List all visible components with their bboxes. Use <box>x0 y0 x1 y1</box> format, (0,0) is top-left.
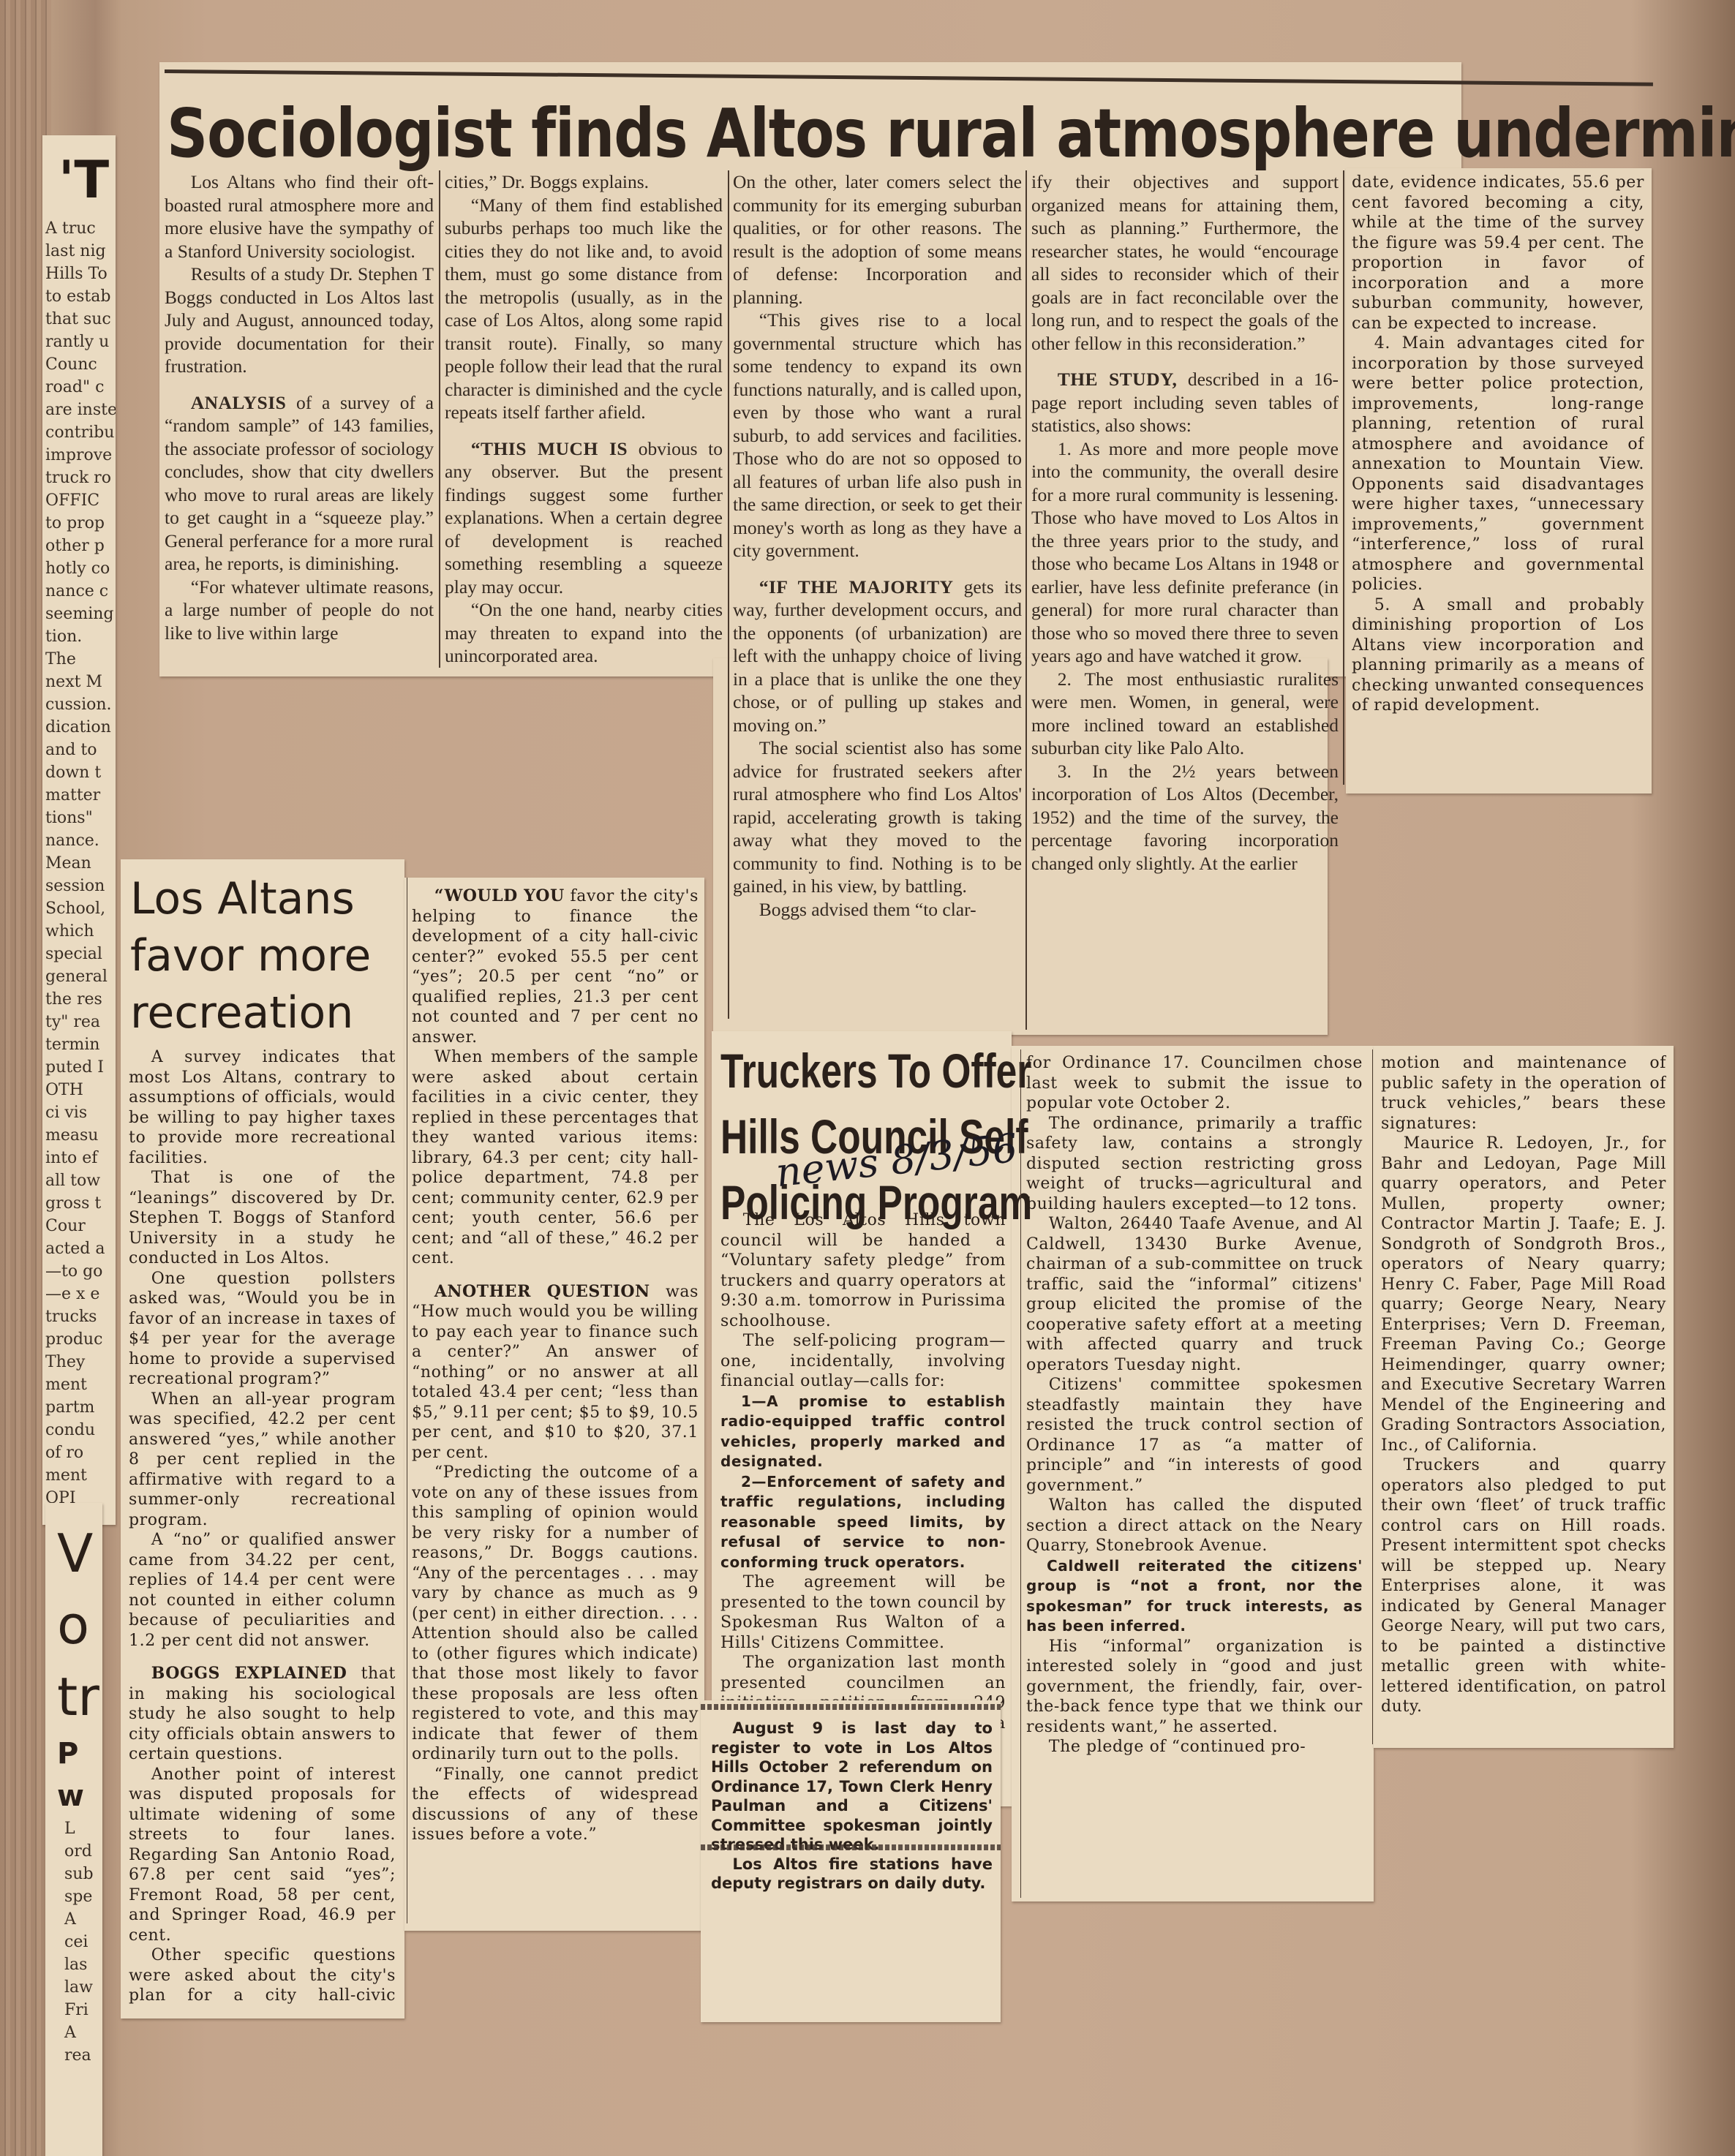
fragment-line: measu <box>45 1124 116 1147</box>
article-paragraph: Los Altans who find their oft-boasted ru… <box>165 170 434 263</box>
article-paragraph: cities,” Dr. Boggs explains. <box>445 170 723 194</box>
wavy-rule-bottom <box>701 1844 1001 1850</box>
fragment-line: OTH <box>45 1079 116 1101</box>
article-paragraph: Truckers and quarry operators also pledg… <box>1381 1455 1666 1717</box>
fragment-line: cussion. <box>45 693 116 716</box>
left-fragment-headline: 'T <box>42 135 116 217</box>
article-paragraph: motion and maintenance of public safety … <box>1381 1053 1666 1134</box>
column-rule <box>1343 170 1344 785</box>
article-paragraph: “IF THE MAJORITY gets its way, further d… <box>733 576 1022 737</box>
left-lower-fragment-clipping: VotrPw LordsubspeAceilaslawFriArea <box>45 1503 102 2156</box>
article-paragraph: ify their objectives and support organiz… <box>1031 170 1339 355</box>
article-paragraph: THE STUDY, described in a 16-page report… <box>1031 368 1339 437</box>
fragment-headline-letter: w <box>57 1775 102 1817</box>
fragment-line: gross t <box>45 1192 116 1215</box>
recreation-column-1: A survey indicates that most Los Altans,… <box>129 1047 396 2005</box>
fragment-line: to estab <box>45 285 116 308</box>
article-paragraph: The agreement will be presented to the t… <box>720 1572 1006 1653</box>
fragment-line: Hills To <box>45 263 116 285</box>
fragment-line: hotly co <box>45 557 116 580</box>
fragment-line: other p <box>45 535 116 557</box>
article-paragraph: 1. As more and more people move into the… <box>1031 437 1339 668</box>
paragraph-lede: ANOTHER QUESTION <box>434 1282 650 1301</box>
article-paragraph: The Los Altos Hills town council will be… <box>720 1210 1006 1331</box>
left-fragment-text: A truclast nigHills Toto estabthat sucra… <box>42 217 116 1525</box>
fragment-line: ty" rea <box>45 1011 116 1033</box>
fragment-line: tion. <box>45 625 116 648</box>
fragment-line: seeming <box>45 603 116 625</box>
paragraph-lede: “THIS MUCH IS <box>471 438 628 459</box>
paragraph-lede: “IF THE MAJORITY <box>759 576 954 598</box>
fragment-line: A <box>64 1908 102 1931</box>
fragment-line: ment <box>45 1464 116 1487</box>
fragment-line: OFFIC <box>45 489 116 512</box>
column-rule <box>407 878 407 1923</box>
article-paragraph: Maurice R. Ledoyen, Jr., for Bahr and Le… <box>1381 1134 1666 1455</box>
fragment-line: spe <box>64 1885 102 1908</box>
fragment-line: The <box>45 648 116 671</box>
article-paragraph: “On the one hand, nearby cities may thre… <box>445 598 723 668</box>
fragment-line: are inste <box>45 399 116 421</box>
article-paragraph: date, evidence indicates, 55.6 per cent … <box>1352 173 1644 333</box>
article-paragraph: 2. The most enthusiastic ruralites were … <box>1031 668 1339 760</box>
fragment-line: which <box>45 920 116 943</box>
fragment-line: and to <box>45 739 116 761</box>
fragment-line: trucks <box>45 1305 116 1328</box>
article-paragraph: When members of the sample were asked ab… <box>412 1047 699 1269</box>
left-lower-fragment-headline: VotrPw <box>45 1503 102 1817</box>
article-paragraph: Another point of interest was disputed p… <box>129 1765 396 1946</box>
sociologist-column-5: date, evidence indicates, 55.6 per cent … <box>1352 173 1644 787</box>
article-paragraph: “Predicting the outcome of a vote on any… <box>412 1463 699 1765</box>
fragment-line: A <box>64 2021 102 2044</box>
fragment-line: nance c <box>45 580 116 603</box>
fragment-line: partm <box>45 1396 116 1419</box>
article-paragraph: ANOTHER QUESTION was “How much would you… <box>412 1282 699 1463</box>
fragment-line: L <box>64 1817 102 1840</box>
fragment-line: Mean <box>45 852 116 875</box>
fragment-line: School, <box>45 897 116 920</box>
sociologist-column-1: Los Altans who find their oft-boasted ru… <box>165 170 434 668</box>
fragment-headline-letter: o <box>57 1589 102 1661</box>
article-paragraph: Walton, 26440 Taafe Avenue, and Al Caldw… <box>1026 1214 1363 1375</box>
fragment-line: las <box>64 1953 102 1976</box>
fragment-headline-letter: tr <box>57 1661 102 1733</box>
article-paragraph: “For whatever ultimate reasons, a large … <box>165 576 434 645</box>
sociologist-column-4: ify their objectives and support organiz… <box>1031 170 1339 1026</box>
fragment-headline-letter: V <box>57 1518 102 1589</box>
fragment-line: Cour <box>45 1215 116 1237</box>
fragment-line: road" c <box>45 376 116 399</box>
fragment-line: special <box>45 943 116 965</box>
fragment-line: matter <box>45 784 116 807</box>
article-paragraph: “THIS MUCH IS obvious to any observer. B… <box>445 437 723 599</box>
fragment-line: puted I <box>45 1056 116 1079</box>
left-lower-fragment-text: LordsubspeAceilaslawFriArea <box>45 1817 102 2067</box>
paragraph-lede: ANALYSIS <box>191 392 287 413</box>
fragment-line: ord <box>64 1840 102 1863</box>
fragment-line: produc <box>45 1328 116 1351</box>
article-paragraph: BOGGS EXPLAINED that in making his socio… <box>129 1664 396 1765</box>
fragment-line: cei <box>64 1931 102 1953</box>
fragment-line: improve <box>45 444 116 467</box>
article-paragraph: “Many of them find established suburbs p… <box>445 194 723 424</box>
article-paragraph: The ordinance, primarily a traffic safet… <box>1026 1114 1363 1215</box>
article-paragraph: for Ordinance 17. Councilmen chose last … <box>1026 1053 1363 1114</box>
wavy-rule-top <box>701 1704 1001 1710</box>
article-paragraph: Boggs advised them “to clar- <box>733 898 1022 921</box>
article-paragraph: 3. In the 2½ years between incorporation… <box>1031 760 1339 875</box>
fragment-line: dication <box>45 716 116 739</box>
fragment-line: down t <box>45 761 116 784</box>
fragment-line: They <box>45 1351 116 1373</box>
fragment-line: nance. <box>45 829 116 852</box>
column-rule <box>1020 1049 1021 1898</box>
column-rule <box>439 170 440 668</box>
article-paragraph: Caldwell reiterated the citizens' group … <box>1026 1556 1363 1637</box>
fragment-line: into ef <box>45 1147 116 1169</box>
article-paragraph: Other specific questions were asked abou… <box>129 1945 396 2005</box>
fragment-line: A truc <box>45 217 116 240</box>
fragment-line: ment <box>45 1373 116 1396</box>
fragment-line: truck ro <box>45 467 116 489</box>
fragment-line: acted a <box>45 1237 116 1260</box>
fragment-line: condu <box>45 1419 116 1441</box>
sociologist-column-2: cities,” Dr. Boggs explains.“Many of the… <box>445 170 723 671</box>
paragraph-lede: “WOULD YOU <box>434 886 565 905</box>
recreation-column-2: “WOULD YOU favor the city's helping to f… <box>412 886 699 1921</box>
article-paragraph: Walton has called the disputed section a… <box>1026 1496 1363 1556</box>
fragment-line: termin <box>45 1033 116 1056</box>
article-paragraph: That is one of the “leanings” discovered… <box>129 1168 396 1269</box>
article-paragraph: A “no” or qualified answer came from 34.… <box>129 1530 396 1651</box>
article-paragraph: On the other, later comers select the co… <box>733 170 1022 309</box>
article-paragraph: The self-policing program—one, incidenta… <box>720 1331 1006 1392</box>
article-paragraph: “Finally, one cannot predict the effects… <box>412 1765 699 1845</box>
fragment-line: Counc <box>45 353 116 376</box>
registration-notice-text: August 9 is last day to register to vote… <box>711 1719 993 2011</box>
fragment-line: contribu <box>45 421 116 444</box>
fragment-line: ci vis <box>45 1101 116 1124</box>
article-paragraph: When an all-year program was specified, … <box>129 1390 396 1531</box>
fragment-line: to prop <box>45 512 116 535</box>
sociologist-column-3: On the other, later comers select the co… <box>733 170 1022 1026</box>
fragment-line: law <box>64 1976 102 1999</box>
fragment-line: of ro <box>45 1441 116 1464</box>
fragment-line: session <box>45 875 116 897</box>
article-paragraph: 5. A small and probably diminishing prop… <box>1352 595 1644 716</box>
paragraph-lede: THE STUDY, <box>1058 369 1178 390</box>
article-paragraph: 1—A promise to establish radio-equipped … <box>720 1392 1006 1472</box>
fragment-line: last nig <box>45 240 116 263</box>
fragment-line: Fri <box>64 1999 102 2021</box>
fragment-line: tions" <box>45 807 116 829</box>
column-rule <box>728 170 729 1019</box>
fragment-line: sub <box>64 1863 102 1885</box>
fragment-line: the res <box>45 988 116 1011</box>
column-rule <box>1025 170 1027 1030</box>
article-paragraph: Results of a study Dr. Stephen T Boggs c… <box>165 263 434 378</box>
article-paragraph: His “informal” organization is intereste… <box>1026 1637 1363 1738</box>
fragment-line: rea <box>64 2044 102 2067</box>
truckers-column-3: motion and maintenance of public safety … <box>1381 1053 1666 1741</box>
article-paragraph: 4. Main advantages cited for incorporati… <box>1352 333 1644 595</box>
article-paragraph: The pledge of “continued pro- <box>1026 1737 1363 1757</box>
sociologist-headline: Sociologist finds Altos rural atmosphere… <box>167 95 1659 173</box>
article-paragraph: ANALYSIS of a survey of a “random sample… <box>165 391 434 576</box>
fragment-line: that suc <box>45 308 116 331</box>
column-rule <box>1372 1049 1373 1744</box>
article-paragraph: One question pollsters asked was, “Would… <box>129 1269 396 1390</box>
article-paragraph: “This gives rise to a local governmental… <box>733 309 1022 562</box>
article-paragraph: Citizens' committee spokesmen steadfastl… <box>1026 1375 1363 1496</box>
fragment-line: rantly u <box>45 331 116 353</box>
recreation-headline: Los Altans favor more recreation <box>130 870 394 1041</box>
fragment-line: —to go <box>45 1260 116 1283</box>
article-paragraph: A survey indicates that most Los Altans,… <box>129 1047 396 1168</box>
left-fragment-clipping: 'T A truclast nigHills Toto estabthat su… <box>42 135 116 1525</box>
fragment-line: all tow <box>45 1169 116 1192</box>
article-paragraph: The social scientist also has some advic… <box>733 736 1022 898</box>
article-paragraph: 2—Enforcement of safety and traffic regu… <box>720 1472 1006 1573</box>
fragment-line: next M <box>45 671 116 693</box>
truckers-column-2: for Ordinance 17. Councilmen chose last … <box>1026 1053 1363 1894</box>
fragment-headline-letter: P <box>57 1733 102 1775</box>
paragraph-lede: BOGGS EXPLAINED <box>151 1664 347 1683</box>
article-paragraph: “WOULD YOU favor the city's helping to f… <box>412 886 699 1047</box>
fragment-line: general <box>45 965 116 988</box>
notice-paragraph: Los Altos fire stations have deputy regi… <box>711 1855 993 1893</box>
fragment-line: —e x e <box>45 1283 116 1305</box>
notice-paragraph: August 9 is last day to register to vote… <box>711 1719 993 1855</box>
